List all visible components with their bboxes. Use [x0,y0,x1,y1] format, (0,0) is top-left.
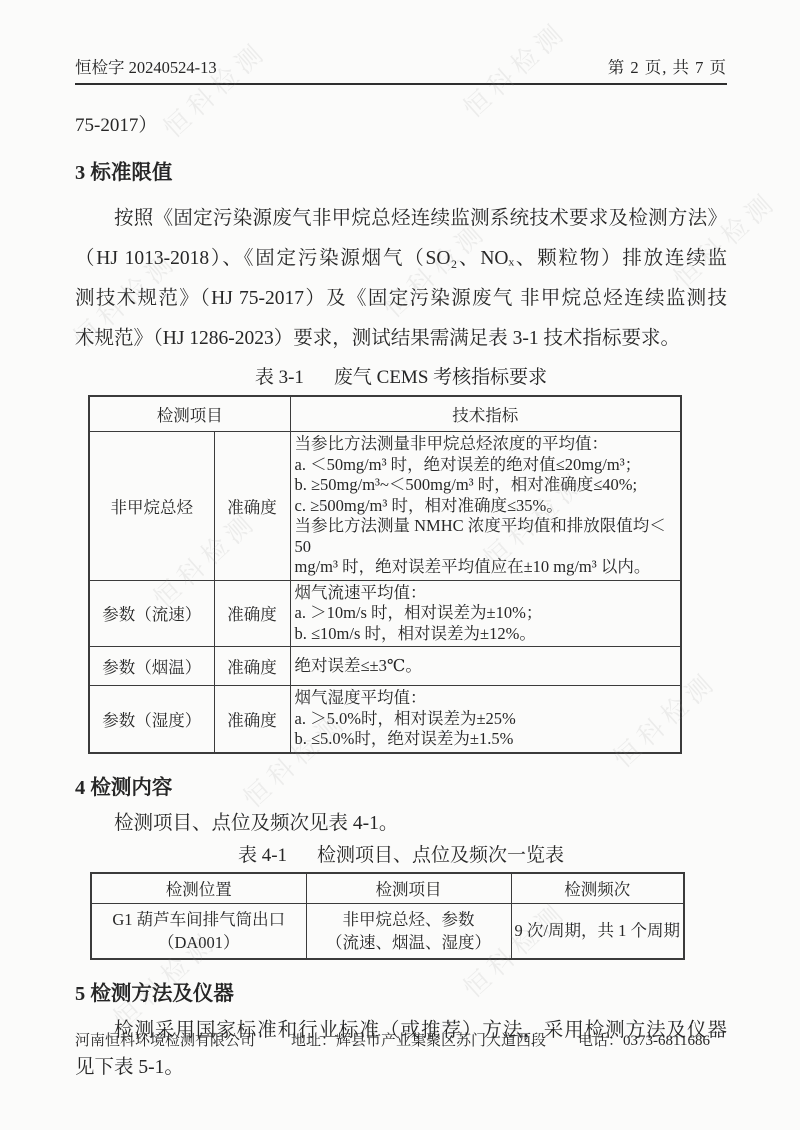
document-page: 恒科检测 恒科检测 恒科检测 恒科检测 恒科检测 恒科检测 恒科检测 恒科检测 … [0,0,800,1130]
indicator-line: b. ≤10m/s 时，相对误差为±12%。 [295,624,679,645]
section-3-paragraph: 按照《固定污染源废气非甲烷总烃连续监测系统技术要求及检测方法》 （HJ 1013… [75,199,727,359]
table-caption-label: 表 4-1 [238,845,287,866]
table-header-row: 检测项目 技术指标 [89,396,681,432]
paragraph-line: 检测项目、点位及频次见表 4-1。 [75,810,727,838]
table-row: 参数（流速） 准确度 烟气流速平均值： a. ＞10m/s 时，相对误差为±10… [89,580,681,647]
cell-indicator: 绝对误差≤±3℃。 [290,647,681,686]
table-3-1: 检测项目 技术指标 非甲烷总烃 准确度 当参比方法测量非甲烷总烃浓度的平均值： … [88,395,682,754]
col-header-item: 检测项目 [89,396,290,432]
indicator-line: b. ≥50mg/m³~＜500mg/m³ 时，相对准确度≤40%; [295,475,679,496]
indicator-line: b. ≤5.0%时，绝对误差为±1.5% [295,729,679,750]
indicator-line: 烟气流速平均值： [295,583,679,604]
table-row: 参数（烟温） 准确度 绝对误差≤±3℃。 [89,647,681,686]
indicator-line: 当参比方法测量非甲烷总烃浓度的平均值： [295,434,679,455]
table-row: G1 葫芦车间排气筒出口 （DA001） 非甲烷总烃、参数 （流速、烟温、湿度）… [91,903,684,959]
paragraph-line: 术规范》（HJ 1286-2023）要求，测试结果需满足表 3-1 技术指标要求… [75,319,727,359]
col-header-indicator: 技术指标 [290,396,681,432]
indicator-line: 绝对误差≤±3℃。 [295,656,679,677]
indicator-line: 烟气湿度平均值： [295,688,679,709]
table-3-1-caption: 表 3-1废气 CEMS 考核指标要求 [75,365,727,391]
section-3-heading: 3 标准限值 [75,159,727,187]
cell-metric: 准确度 [214,432,290,581]
cell-location: G1 葫芦车间排气筒出口 （DA001） [91,903,306,959]
paragraph-line: （HJ 1013-2018）、《固定污染源烟气（SO₂、NOₓ、颗粒物）排放连续… [75,239,727,279]
item-line: 非甲烷总烃、参数 [308,908,510,931]
table-caption-title: 检测项目、点位及频次一览表 [317,845,564,866]
cell-metric: 准确度 [214,686,290,753]
table-row: 参数（湿度） 准确度 烟气湿度平均值： a. ＞5.0%时，相对误差为±25% … [89,686,681,753]
cell-indicator: 烟气湿度平均值： a. ＞5.0%时，相对误差为±25% b. ≤5.0%时，绝… [290,686,681,753]
footer-phone: 电话：0373-6811686 [578,1030,710,1052]
col-header-location: 检测位置 [91,873,306,904]
indicator-line: a. ＞10m/s 时，相对误差为±10%； [295,603,679,624]
col-header-frequency: 检测频次 [511,873,684,904]
table-caption-label: 表 3-1 [255,367,304,388]
section-4-paragraph: 检测项目、点位及频次见表 4-1。 [75,810,727,838]
cell-indicator: 当参比方法测量非甲烷总烃浓度的平均值： a. ＜50mg/m³ 时，绝对误差的绝… [290,432,681,581]
cell-item: 参数（烟温） [89,647,214,686]
footer-address: 地址：辉县市产业集聚区苏门大道西段 [291,1030,546,1052]
table-4-1: 检测位置 检测项目 检测频次 G1 葫芦车间排气筒出口 （DA001） 非甲烷总… [90,872,685,960]
page-header: 恒检字 20240524-13 第 2 页, 共 7 页 [75,54,727,85]
indicator-line: 当参比方法测量 NMHC 浓度平均值和排放限值均＜50 [295,516,679,557]
paragraph-line: 见下表 5-1。 [75,1049,727,1086]
item-line: （流速、烟温、湿度） [308,931,510,954]
cell-indicator: 烟气流速平均值： a. ＞10m/s 时，相对误差为±10%； b. ≤10m/… [290,580,681,647]
cell-item: 参数（流速） [89,580,214,647]
cell-metric: 准确度 [214,580,290,647]
indicator-line: a. ＞5.0%时，相对误差为±25% [295,709,679,730]
carryover-line: 75-2017） [75,113,727,139]
cell-frequency: 9 次/周期，共 1 个周期 [511,903,684,959]
table-caption-title: 废气 CEMS 考核指标要求 [334,367,547,388]
section-4-heading: 4 检测内容 [75,774,727,802]
page-footer: 河南恒科环境检测有限公司 地址：辉县市产业集聚区苏门大道西段 电话：0373-6… [75,1030,740,1052]
table-row: 非甲烷总烃 准确度 当参比方法测量非甲烷总烃浓度的平均值： a. ＜50mg/m… [89,432,681,581]
indicator-line: mg/m³ 时，绝对误差平均值应在±10 mg/m³ 以内。 [295,557,679,578]
frequency-text: 9 次/周期，共 1 个周期 [513,919,683,942]
table-4-1-caption: 表 4-1检测项目、点位及频次一览表 [75,843,727,869]
doc-number: 恒检字 20240524-13 [75,54,217,78]
page-number: 第 2 页, 共 7 页 [608,54,727,78]
cell-item: 非甲烷总烃 [89,432,214,581]
indicator-line: a. ＜50mg/m³ 时，绝对误差的绝对值≤20mg/m³； [295,455,679,476]
location-line: （DA001） [93,931,305,954]
location-line: G1 葫芦车间排气筒出口 [93,908,305,931]
col-header-item: 检测项目 [306,873,511,904]
section-5-heading: 5 检测方法及仪器 [75,980,727,1008]
cell-metric: 准确度 [214,647,290,686]
paragraph-line: 按照《固定污染源废气非甲烷总烃连续监测系统技术要求及检测方法》 [75,199,727,239]
cell-item: 参数（湿度） [89,686,214,753]
indicator-line: c. ≥500mg/m³ 时，相对准确度≤35%。 [295,496,679,517]
table-header-row: 检测位置 检测项目 检测频次 [91,873,684,904]
cell-item: 非甲烷总烃、参数 （流速、烟温、湿度） [306,903,511,959]
paragraph-line: 测技术规范》（HJ 75-2017）及《固定污染源废气 非甲烷总烃连续监测技 [75,279,727,319]
footer-company: 河南恒科环境检测有限公司 [75,1030,255,1052]
